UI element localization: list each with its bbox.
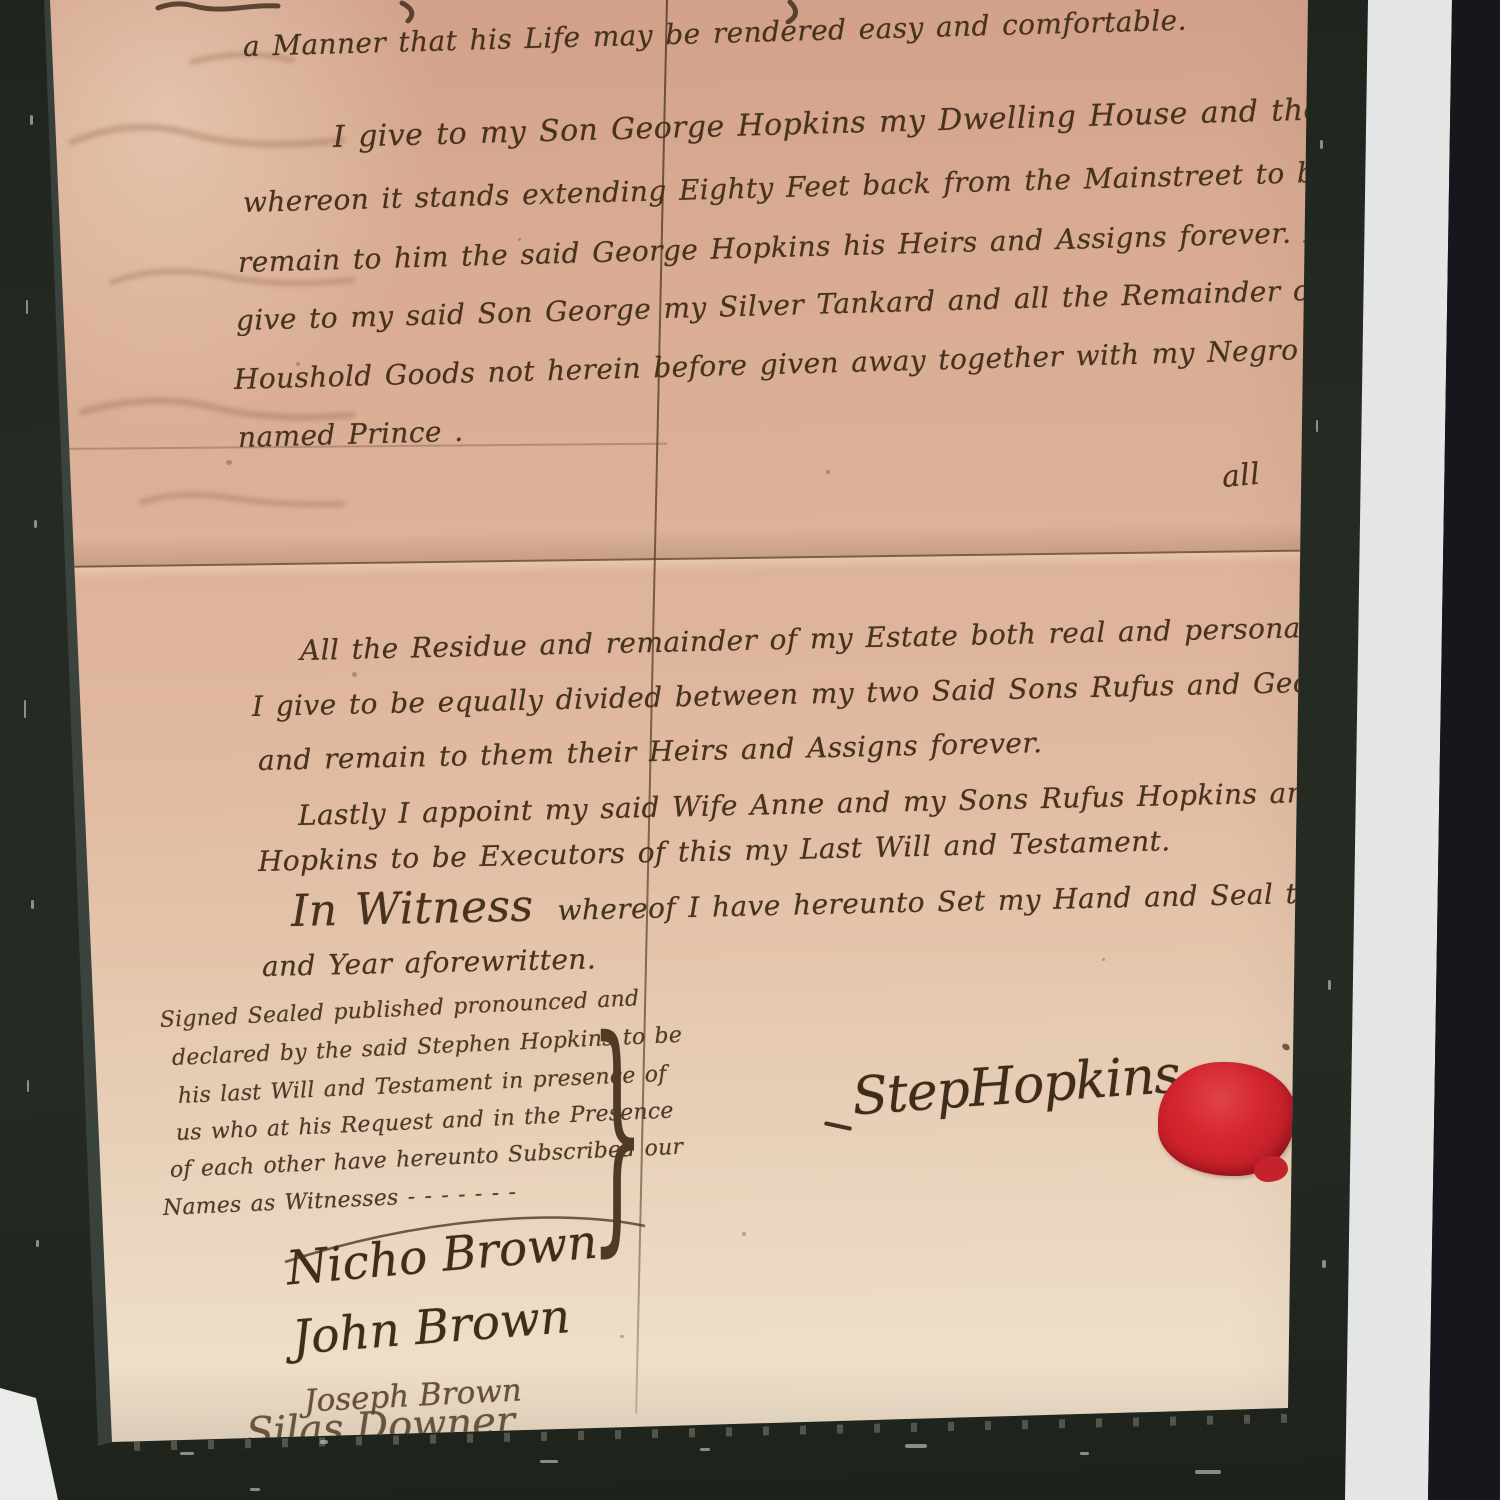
framed-will-photo: a Manner that his Life may be rendered e… <box>0 0 1500 1500</box>
paper-bottom-edge-shading <box>0 0 1500 1500</box>
will-document-page: a Manner that his Life may be rendered e… <box>0 0 1500 1500</box>
